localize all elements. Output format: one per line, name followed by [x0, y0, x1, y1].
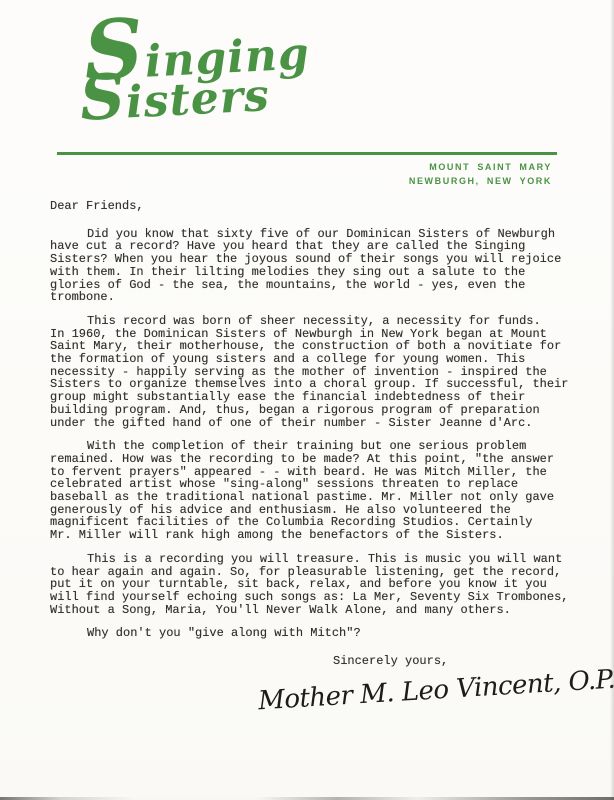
closing-line: Sincerely yours, — [333, 654, 448, 668]
letterhead-location: NEWBURGH, NEW YORK — [409, 175, 552, 189]
scan-edge-right-shadow — [610, 0, 614, 800]
handwritten-signature: Mother M. Leo Vincent, O.P. — [257, 666, 598, 717]
paragraph-4: This is a recording you will treasure. T… — [50, 553, 590, 617]
paragraph-5: Why don't you "give along with Mitch"? — [50, 627, 590, 640]
paragraph-1: Did you know that sixty five of our Domi… — [50, 228, 590, 304]
letterhead-address: MOUNT SAINT MARY NEWBURGH, NEW YORK — [409, 161, 552, 188]
logo-word-sisters: Sisters — [79, 63, 271, 131]
letter-body: Dear Friends, Did you know that sixty fi… — [50, 200, 590, 651]
scanned-letter-page: Singing Sisters MOUNT SAINT MARY NEWBURG… — [0, 0, 614, 800]
letterhead-divider-rule — [57, 152, 557, 155]
salutation: Dear Friends, — [50, 200, 590, 213]
letterhead-institution: MOUNT SAINT MARY — [409, 161, 552, 175]
paragraph-3: With the completion of their training bu… — [50, 440, 590, 542]
paragraph-2: This record was born of sheer necessity,… — [50, 315, 590, 429]
